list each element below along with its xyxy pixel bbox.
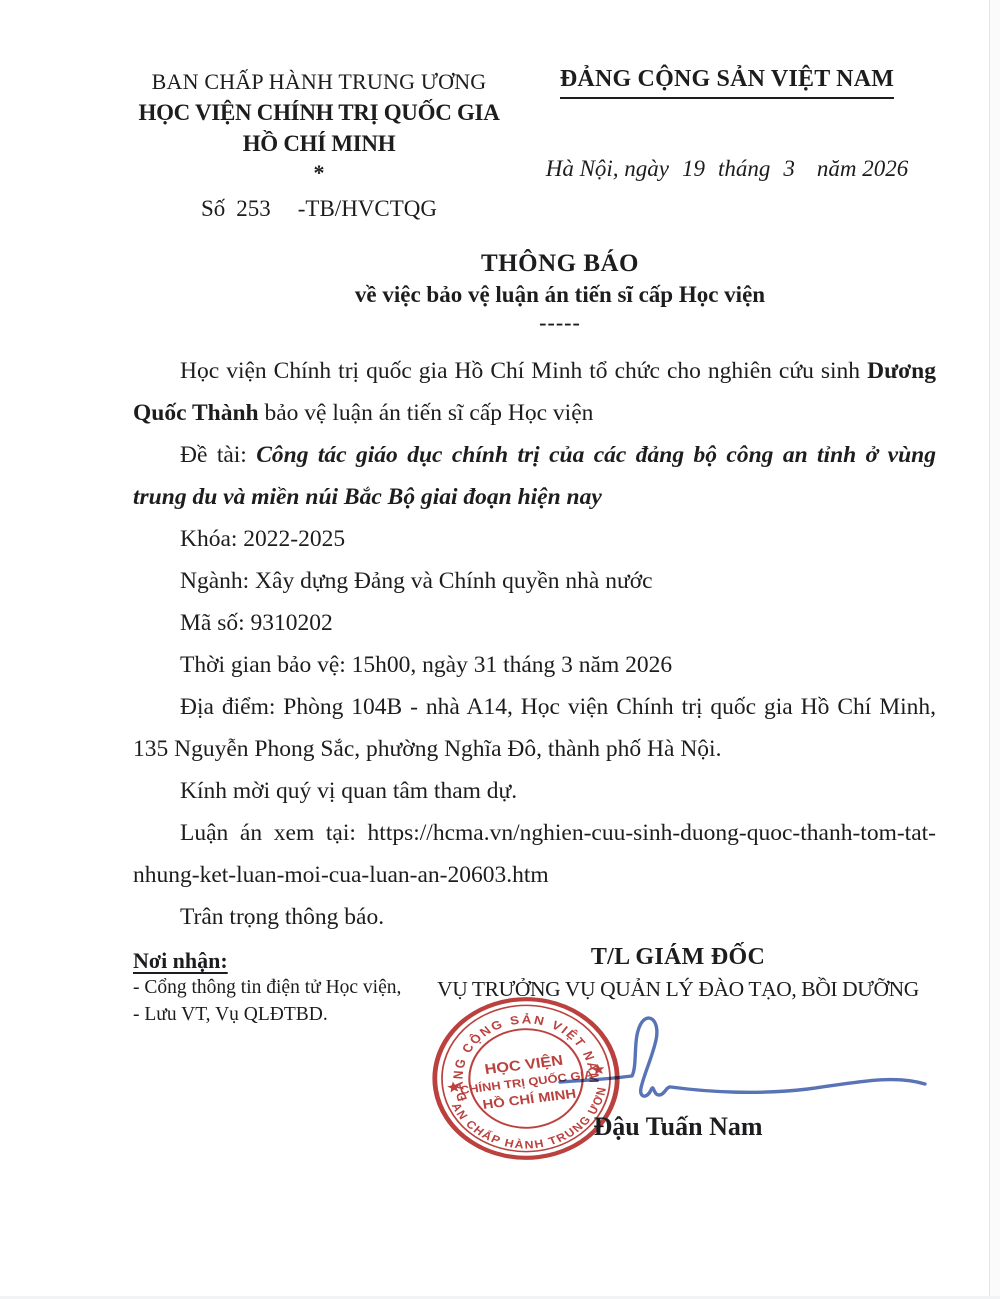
doc-number-label: Số <box>201 196 225 221</box>
date-month-label: tháng <box>718 156 770 181</box>
signature-stroke <box>560 1018 925 1096</box>
doc-number-suffix: -TB/HVCTQG <box>298 196 437 221</box>
paragraph-invitation: Kính mời quý vị quan tâm tham dự. <box>133 770 936 812</box>
org-name-line1: HỌC VIỆN CHÍNH TRỊ QUỐC GIA <box>118 97 520 128</box>
header-star-separator: * <box>118 161 520 185</box>
paragraph-link: Luận án xem tại: https://hcma.vn/nghien-… <box>133 812 936 896</box>
date-month: 3 <box>783 156 795 181</box>
paragraph-location: Địa điểm: Phòng 104B - nhà A14, Học viện… <box>133 686 936 770</box>
document-title: THÔNG BÁO <box>120 250 1000 278</box>
recipient-item: - Cổng thông tin điện tử Học viện, <box>133 974 401 1001</box>
paragraph-major: Ngành: Xây dựng Đảng và Chính quyền nhà … <box>133 560 936 602</box>
date-place: Hà Nội, ngày <box>546 156 669 181</box>
org-parent-name: BAN CHẤP HÀNH TRUNG ƯƠNG <box>118 66 520 97</box>
intro-text-tail: bảo vệ luận án tiến sĩ cấp Học viện <box>259 400 594 426</box>
recipients-block: Nơi nhận: - Cổng thông tin điện tử Học v… <box>133 948 401 1028</box>
paragraph-topic: Đề tài: Công tác giáo dục chính trị của … <box>133 434 936 518</box>
signer-name: Đậu Tuấn Nam <box>428 1112 928 1142</box>
paragraph-course: Khóa: 2022-2025 <box>133 518 936 560</box>
date-day: 19 <box>682 156 705 181</box>
date-year: năm 2026 <box>817 156 908 181</box>
paragraph-code: Mã số: 9310202 <box>133 602 936 644</box>
paragraph-closing: Trân trọng thông báo. <box>133 896 936 938</box>
document-subtitle: về việc bảo vệ luận án tiến sĩ cấp Học v… <box>120 282 1000 308</box>
recipient-item: - Lưu VT, Vụ QLĐTBD. <box>133 1001 401 1028</box>
paragraph-intro: Học viện Chính trị quốc gia Hồ Chí Minh … <box>133 350 936 434</box>
signature-block: T/L GIÁM ĐỐC VỤ TRƯỞNG VỤ QUẢN LÝ ĐÀO TẠ… <box>428 944 928 1002</box>
page-right-edge <box>989 0 1000 1299</box>
handwritten-signature <box>548 1002 943 1117</box>
recipients-label: Nơi nhận: <box>133 948 401 974</box>
title-divider: ----- <box>120 310 1000 336</box>
org-name-line2: HỒ CHÍ MINH <box>118 128 520 159</box>
header-org-block: BAN CHẤP HÀNH TRUNG ƯƠNG HỌC VIỆN CHÍNH … <box>118 66 520 224</box>
document-body: Học viện Chính trị quốc gia Hồ Chí Minh … <box>133 350 936 938</box>
header-party-block: ĐẢNG CỘNG SẢN VIỆT NAM Hà Nội, ngày19thá… <box>527 66 927 182</box>
scanned-document-page: BAN CHẤP HÀNH TRUNG ƯƠNG HỌC VIỆN CHÍNH … <box>0 0 1000 1299</box>
document-number-line: Số253-TB/HVCTQG <box>118 193 520 224</box>
title-block: THÔNG BÁO về việc bảo vệ luận án tiến sĩ… <box>120 250 1000 336</box>
signer-title: T/L GIÁM ĐỐC <box>428 944 928 971</box>
date-place-line: Hà Nội, ngày19tháng3năm 2026 <box>527 156 927 182</box>
paragraph-time: Thời gian bảo vệ: 15h00, ngày 31 tháng 3… <box>133 644 936 686</box>
link-label: Luận án xem tại: <box>180 820 368 846</box>
topic-label: Đề tài: <box>180 442 256 468</box>
intro-text: Học viện Chính trị quốc gia Hồ Chí Minh … <box>180 358 867 384</box>
party-name-heading: ĐẢNG CỘNG SẢN VIỆT NAM <box>560 66 894 99</box>
doc-number-value: 253 <box>236 196 271 221</box>
